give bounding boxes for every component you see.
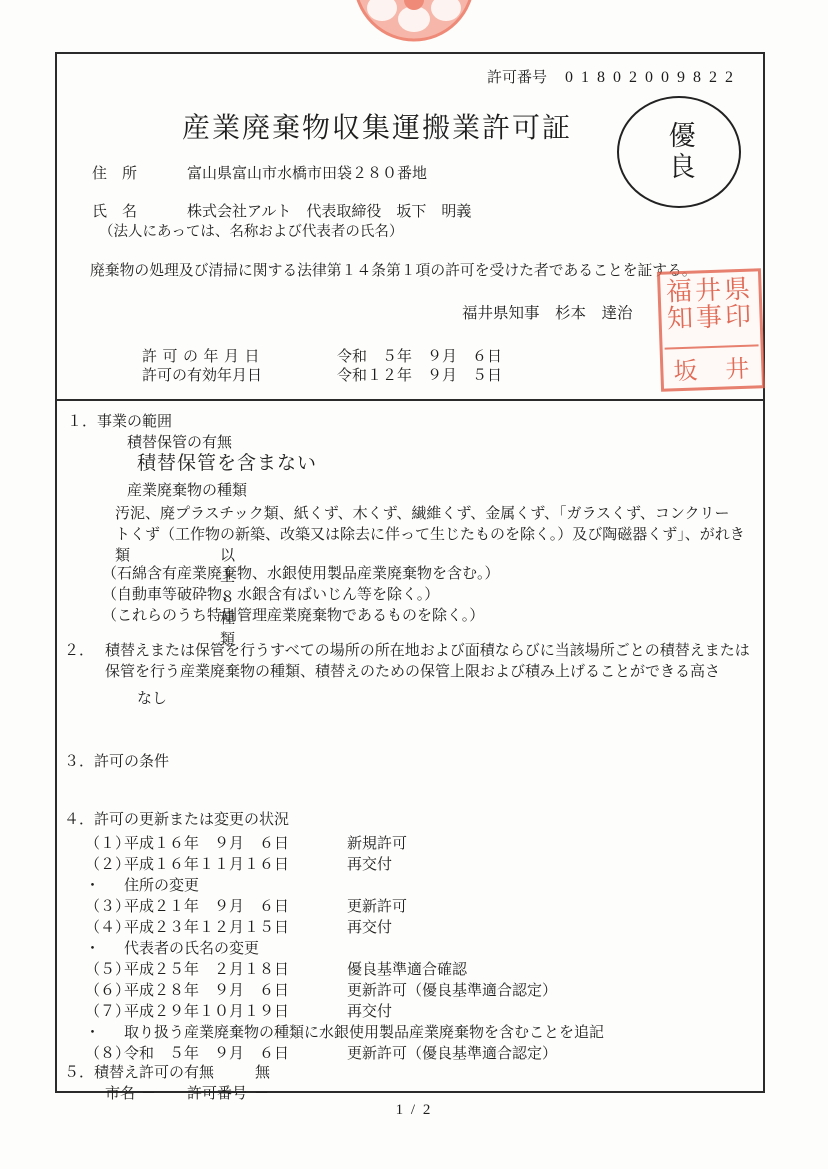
renewal-row-date: 平成２５年 ２月１８日 [124, 958, 289, 979]
issue-date-label: 許可の年月日 [142, 348, 280, 367]
renewal-row-date: 平成１６年 ９月 ６日 [124, 832, 289, 853]
renewal-row-action: 優良基準適合確認 [347, 958, 467, 979]
section1-heading: １．事業の範囲 [67, 410, 172, 431]
governor-seal-row2: 知事印 [663, 303, 758, 334]
section2-number: ２． [64, 639, 94, 660]
section5-value: 無 [255, 1061, 270, 1082]
expiry-date-value: 令和１２年 ９月 ５日 [337, 367, 502, 386]
renewal-row-action: 再交付 [347, 1000, 392, 1021]
renewal-row: （５） 平成２５年 ２月１８日 優良基準適合確認 [57, 958, 757, 979]
page-title: 産業廃棄物収集運搬業許可証 [57, 106, 697, 146]
prefecture-round-stamp-icon [348, 0, 480, 44]
section2-line2: 保管を行う産業廃棄物の種類、積替えのための保管上限および積み上げることができる高… [105, 660, 720, 681]
renewal-row-note: 代表者の氏名の変更 [124, 937, 259, 958]
document-border-frame: 許可番号01802009822 産業廃棄物収集運搬業許可証 優良 住 所 富山県… [55, 52, 765, 1093]
waste-types-label: 産業廃棄物の種類 [127, 479, 247, 500]
issue-date-value: 令和 ５年 ９月 ６日 [337, 348, 502, 367]
expiry-date-row: 許可の有効年月日令和１２年 ９月 ５日 [142, 367, 502, 386]
section2-value: なし [137, 687, 167, 708]
renewal-row-bullet: ・ [85, 874, 100, 895]
renewal-row-date: 平成２１年 ９月 ６日 [124, 895, 289, 916]
renewal-row: （６） 平成２８年 ９月 ６日 更新許可（優良基準適合認定） [57, 979, 757, 1000]
renewal-row-action: 更新許可（優良基準適合認定） [347, 979, 557, 1000]
section-divider-line [57, 399, 763, 401]
page-number: 1 / 2 [0, 1102, 828, 1119]
permit-number-value: 01802009822 [565, 69, 741, 86]
name-value: 株式会社アルト 代表取締役 坂下 明義 [187, 200, 471, 221]
renewal-row-bullet: ・ [85, 1021, 100, 1042]
section3-heading: ３．許可の条件 [64, 750, 169, 771]
renewal-row: （２） 平成１６年１１月１６日 再交付 [57, 853, 757, 874]
permit-number-label: 許可番号 [487, 70, 547, 86]
address-value: 富山県富山市水橋市田袋２８０番地 [187, 162, 427, 183]
renewal-row: （１） 平成１６年 ９月 ６日 新規許可 [57, 832, 757, 853]
renewal-row-date: 平成２８年 ９月 ６日 [124, 979, 289, 1000]
waste-note-2: （自動車等破砕物、水銀含有ばいじん等を除く。） [102, 583, 439, 604]
name-note: （法人にあっては、名称および代表者の氏名） [99, 220, 403, 241]
city-value: － [141, 1082, 156, 1103]
renewal-row: （７） 平成２９年１０月１９日 再交付 [57, 1000, 757, 1021]
waste-types-line2: トくず（工作物の新築、改築又は除去に伴って生じたものを除く。）及び陶磁器くず」、… [115, 523, 745, 544]
city-permit-number-value: － [254, 1082, 269, 1103]
renewal-row-note: 取り扱う産業廃棄物の種類に水銀使用製品産業廃棄物を含むことを追記 [124, 1021, 604, 1042]
section4-heading: ４．許可の更新または変更の状況 [64, 808, 289, 829]
renewal-row: （４） 平成２３年１２月１５日 再交付 [57, 916, 757, 937]
issue-date-row: 許可の年月日令和 ５年 ９月 ６日 [142, 348, 502, 367]
city-label: 市名 [105, 1082, 135, 1103]
transfer-storage-value: 積替保管を含まない [137, 448, 317, 475]
renewal-row-date: 令和 ５年 ９月 ６日 [124, 1042, 289, 1063]
renewal-row-action: 更新許可（優良基準適合認定） [347, 1042, 557, 1063]
renewal-row-action: 再交付 [347, 916, 392, 937]
excellent-stamp-label: 優良 [659, 121, 698, 183]
waste-types-line1: 汚泥、廃プラスチック類、紙くず、木くず、繊維くず、金属くず、「ガラスくず、コンク… [115, 502, 730, 523]
permit-certificate-page: { "header": { "permit_no_label": "許可番号",… [0, 0, 828, 1169]
governor-name: 福井県知事 杉本 達治 [462, 301, 633, 323]
waste-note-3: （これらのうち特別管理産業廃棄物であるものを除く。） [102, 604, 484, 625]
renewal-row: （３） 平成２１年 ９月 ６日 更新許可 [57, 895, 757, 916]
renewal-row: （８） 令和 ５年 ９月 ６日 更新許可（優良基準適合認定） [57, 1042, 757, 1063]
permit-number-row: 許可番号01802009822 [487, 66, 741, 87]
renewal-row-date: 平成２９年１０月１９日 [124, 1000, 289, 1021]
renewal-row: ・ 代表者の氏名の変更 [57, 937, 757, 958]
renewal-row-date: 平成１６年１１月１６日 [124, 853, 289, 874]
renewal-row: ・ 住所の変更 [57, 874, 757, 895]
renewal-row-action: 再交付 [347, 853, 392, 874]
waste-note-1: （石綿含有産業廃棄物、水銀使用製品産業廃棄物を含む。） [102, 562, 500, 583]
renewal-row-note: 住所の変更 [124, 874, 199, 895]
renewal-row-action: 新規許可 [347, 832, 407, 853]
excellent-stamp: 優良 [617, 96, 741, 208]
renewal-row: ・ 取り扱う産業廃棄物の種類に水銀使用製品産業廃棄物を含むことを追記 [57, 1021, 757, 1042]
governor-seal-bottom: 坂 井 [665, 344, 760, 386]
address-label: 住 所 [92, 162, 137, 183]
certification-statement: 廃棄物の処理及び清掃に関する法律第１４条第１項の許可を受けた者であることを証する… [90, 259, 697, 280]
renewal-row-bullet: ・ [85, 937, 100, 958]
section5-heading: ５．積替え許可の有無 [64, 1061, 214, 1082]
renewal-row-date: 平成２３年１２月１５日 [124, 916, 289, 937]
renewal-row-action: 更新許可 [347, 895, 407, 916]
section2-line1: 積替えまたは保管を行うすべての場所の所在地および面積ならびに当該場所ごとの積替え… [105, 639, 750, 660]
governor-seal-icon: 福井県 知事印 坂 井 [657, 268, 765, 392]
permit-dates-block: 許可の年月日令和 ５年 ９月 ６日 許可の有効年月日令和１２年 ９月 ５日 [142, 348, 502, 386]
name-label: 氏 名 [92, 200, 137, 221]
city-permit-number-label: 許可番号 [187, 1082, 247, 1103]
expiry-date-label: 許可の有効年月日 [142, 367, 280, 386]
